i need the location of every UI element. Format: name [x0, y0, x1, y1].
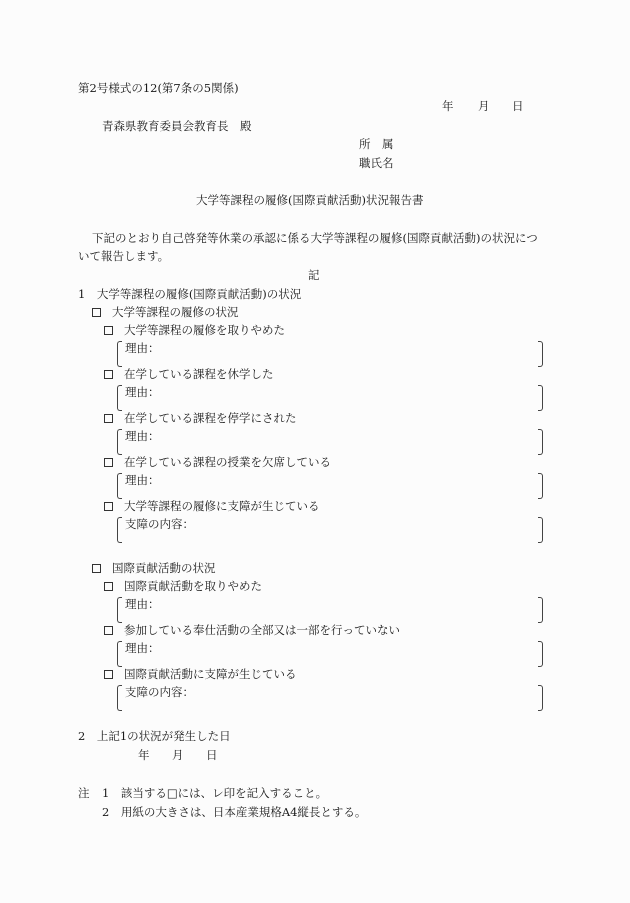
left-bracket-icon	[117, 429, 122, 455]
checkbox[interactable]	[104, 370, 113, 379]
addressee: 青森県教育委員会教育長 殿	[102, 119, 252, 133]
list-item: 大学等課程の履修に支障が生じている	[104, 499, 319, 513]
reason-field[interactable]: 理由：	[117, 385, 543, 411]
affiliation-label: 所 属	[359, 137, 394, 151]
field-label: 支障の内容：	[125, 517, 194, 531]
reason-field[interactable]: 理由：	[117, 641, 543, 667]
field-label: 理由：	[125, 473, 160, 487]
note-2: 2 用紙の大きさは、日本産業規格A4縦長とする。	[102, 805, 366, 819]
left-bracket-icon	[117, 341, 122, 367]
intro-line-1: 下記のとおり自己啓発等休業の承認に係る大学等課程の履修(国際貢献活動)の状況につ	[92, 231, 538, 245]
reason-field[interactable]: 理由：	[117, 341, 543, 367]
date-month-label: 月	[478, 99, 490, 113]
group-intl-activity-status: 国際貢献活動の状況	[92, 561, 215, 575]
document-title: 大学等課程の履修(国際貢献活動)状況報告書	[196, 193, 423, 207]
notes-prefix: 注	[78, 786, 90, 800]
field-label: 理由：	[125, 385, 160, 399]
left-bracket-icon	[117, 385, 122, 411]
date-year-label: 年	[442, 99, 454, 113]
field-label: 理由：	[125, 641, 160, 655]
occurrence-year-label: 年	[138, 748, 150, 762]
group-label: 大学等課程の履修の状況	[112, 305, 239, 319]
left-bracket-icon	[117, 473, 122, 499]
group-label: 国際貢献活動の状況	[112, 561, 216, 575]
obstacle-field[interactable]: 支障の内容：	[117, 517, 543, 543]
item-label: 国際貢献活動を取りやめた	[124, 579, 262, 593]
list-item: 在学している課程の授業を欠席している	[104, 455, 331, 469]
right-bracket-icon	[538, 641, 543, 667]
item-label: 在学している課程の授業を欠席している	[124, 455, 331, 469]
left-bracket-icon	[117, 641, 122, 667]
list-item: 在学している課程を休学した	[104, 367, 273, 381]
right-bracket-icon	[538, 473, 543, 499]
left-bracket-icon	[117, 517, 122, 543]
list-item: 国際貢献活動に支障が生じている	[104, 667, 296, 681]
reason-field[interactable]: 理由：	[117, 429, 543, 455]
item-label: 大学等課程の履修を取りやめた	[124, 323, 285, 337]
field-label: 理由：	[125, 597, 160, 611]
item-label: 在学している課程を停学にされた	[124, 411, 297, 425]
reason-field[interactable]: 理由：	[117, 597, 543, 623]
field-label: 支障の内容：	[125, 685, 194, 699]
left-bracket-icon	[117, 685, 122, 711]
checkbox[interactable]	[104, 414, 113, 423]
name-title-label: 職氏名	[359, 156, 394, 170]
checkbox-course-status[interactable]	[92, 308, 101, 317]
checkbox[interactable]	[104, 458, 113, 467]
checkbox[interactable]	[104, 670, 113, 679]
list-item: 在学している課程を停学にされた	[104, 411, 296, 425]
note-1: 1 該当する□には、レ印を記入すること。	[102, 786, 327, 800]
list-item: 大学等課程の履修を取りやめた	[104, 323, 285, 337]
ki-heading: 記	[308, 268, 320, 282]
obstacle-field[interactable]: 支障の内容：	[117, 685, 543, 711]
checkbox[interactable]	[104, 626, 113, 635]
checkbox-intl-activity-status[interactable]	[92, 564, 101, 573]
right-bracket-icon	[538, 597, 543, 623]
right-bracket-icon	[538, 517, 543, 543]
intro-line-2: いて報告します。	[78, 249, 169, 263]
item-label: 国際貢献活動に支障が生じている	[124, 667, 297, 681]
checkbox[interactable]	[104, 582, 113, 591]
checkbox[interactable]	[104, 326, 113, 335]
section1-heading: 1 大学等課程の履修(国際貢献活動)の状況	[78, 287, 301, 301]
group-course-status: 大学等課程の履修の状況	[92, 305, 238, 319]
item-label: 在学している課程を休学した	[124, 367, 274, 381]
item-label: 参加している奉仕活動の全部又は一部を行っていない	[124, 623, 400, 637]
right-bracket-icon	[538, 341, 543, 367]
checkbox[interactable]	[104, 502, 113, 511]
occurrence-day-label: 日	[206, 748, 218, 762]
field-label: 理由：	[125, 429, 160, 443]
occurrence-month-label: 月	[172, 748, 184, 762]
right-bracket-icon	[538, 429, 543, 455]
form-number: 第2号様式の12(第7条の5関係)	[78, 81, 239, 95]
list-item: 参加している奉仕活動の全部又は一部を行っていない	[104, 623, 400, 637]
section2-heading: 2 上記1の状況が発生した日	[78, 729, 231, 743]
item-label: 大学等課程の履修に支障が生じている	[124, 499, 320, 513]
left-bracket-icon	[117, 597, 122, 623]
list-item: 国際貢献活動を取りやめた	[104, 579, 262, 593]
right-bracket-icon	[538, 385, 543, 411]
reason-field[interactable]: 理由：	[117, 473, 543, 499]
field-label: 理由：	[125, 341, 160, 355]
date-day-label: 日	[512, 99, 524, 113]
right-bracket-icon	[538, 685, 543, 711]
